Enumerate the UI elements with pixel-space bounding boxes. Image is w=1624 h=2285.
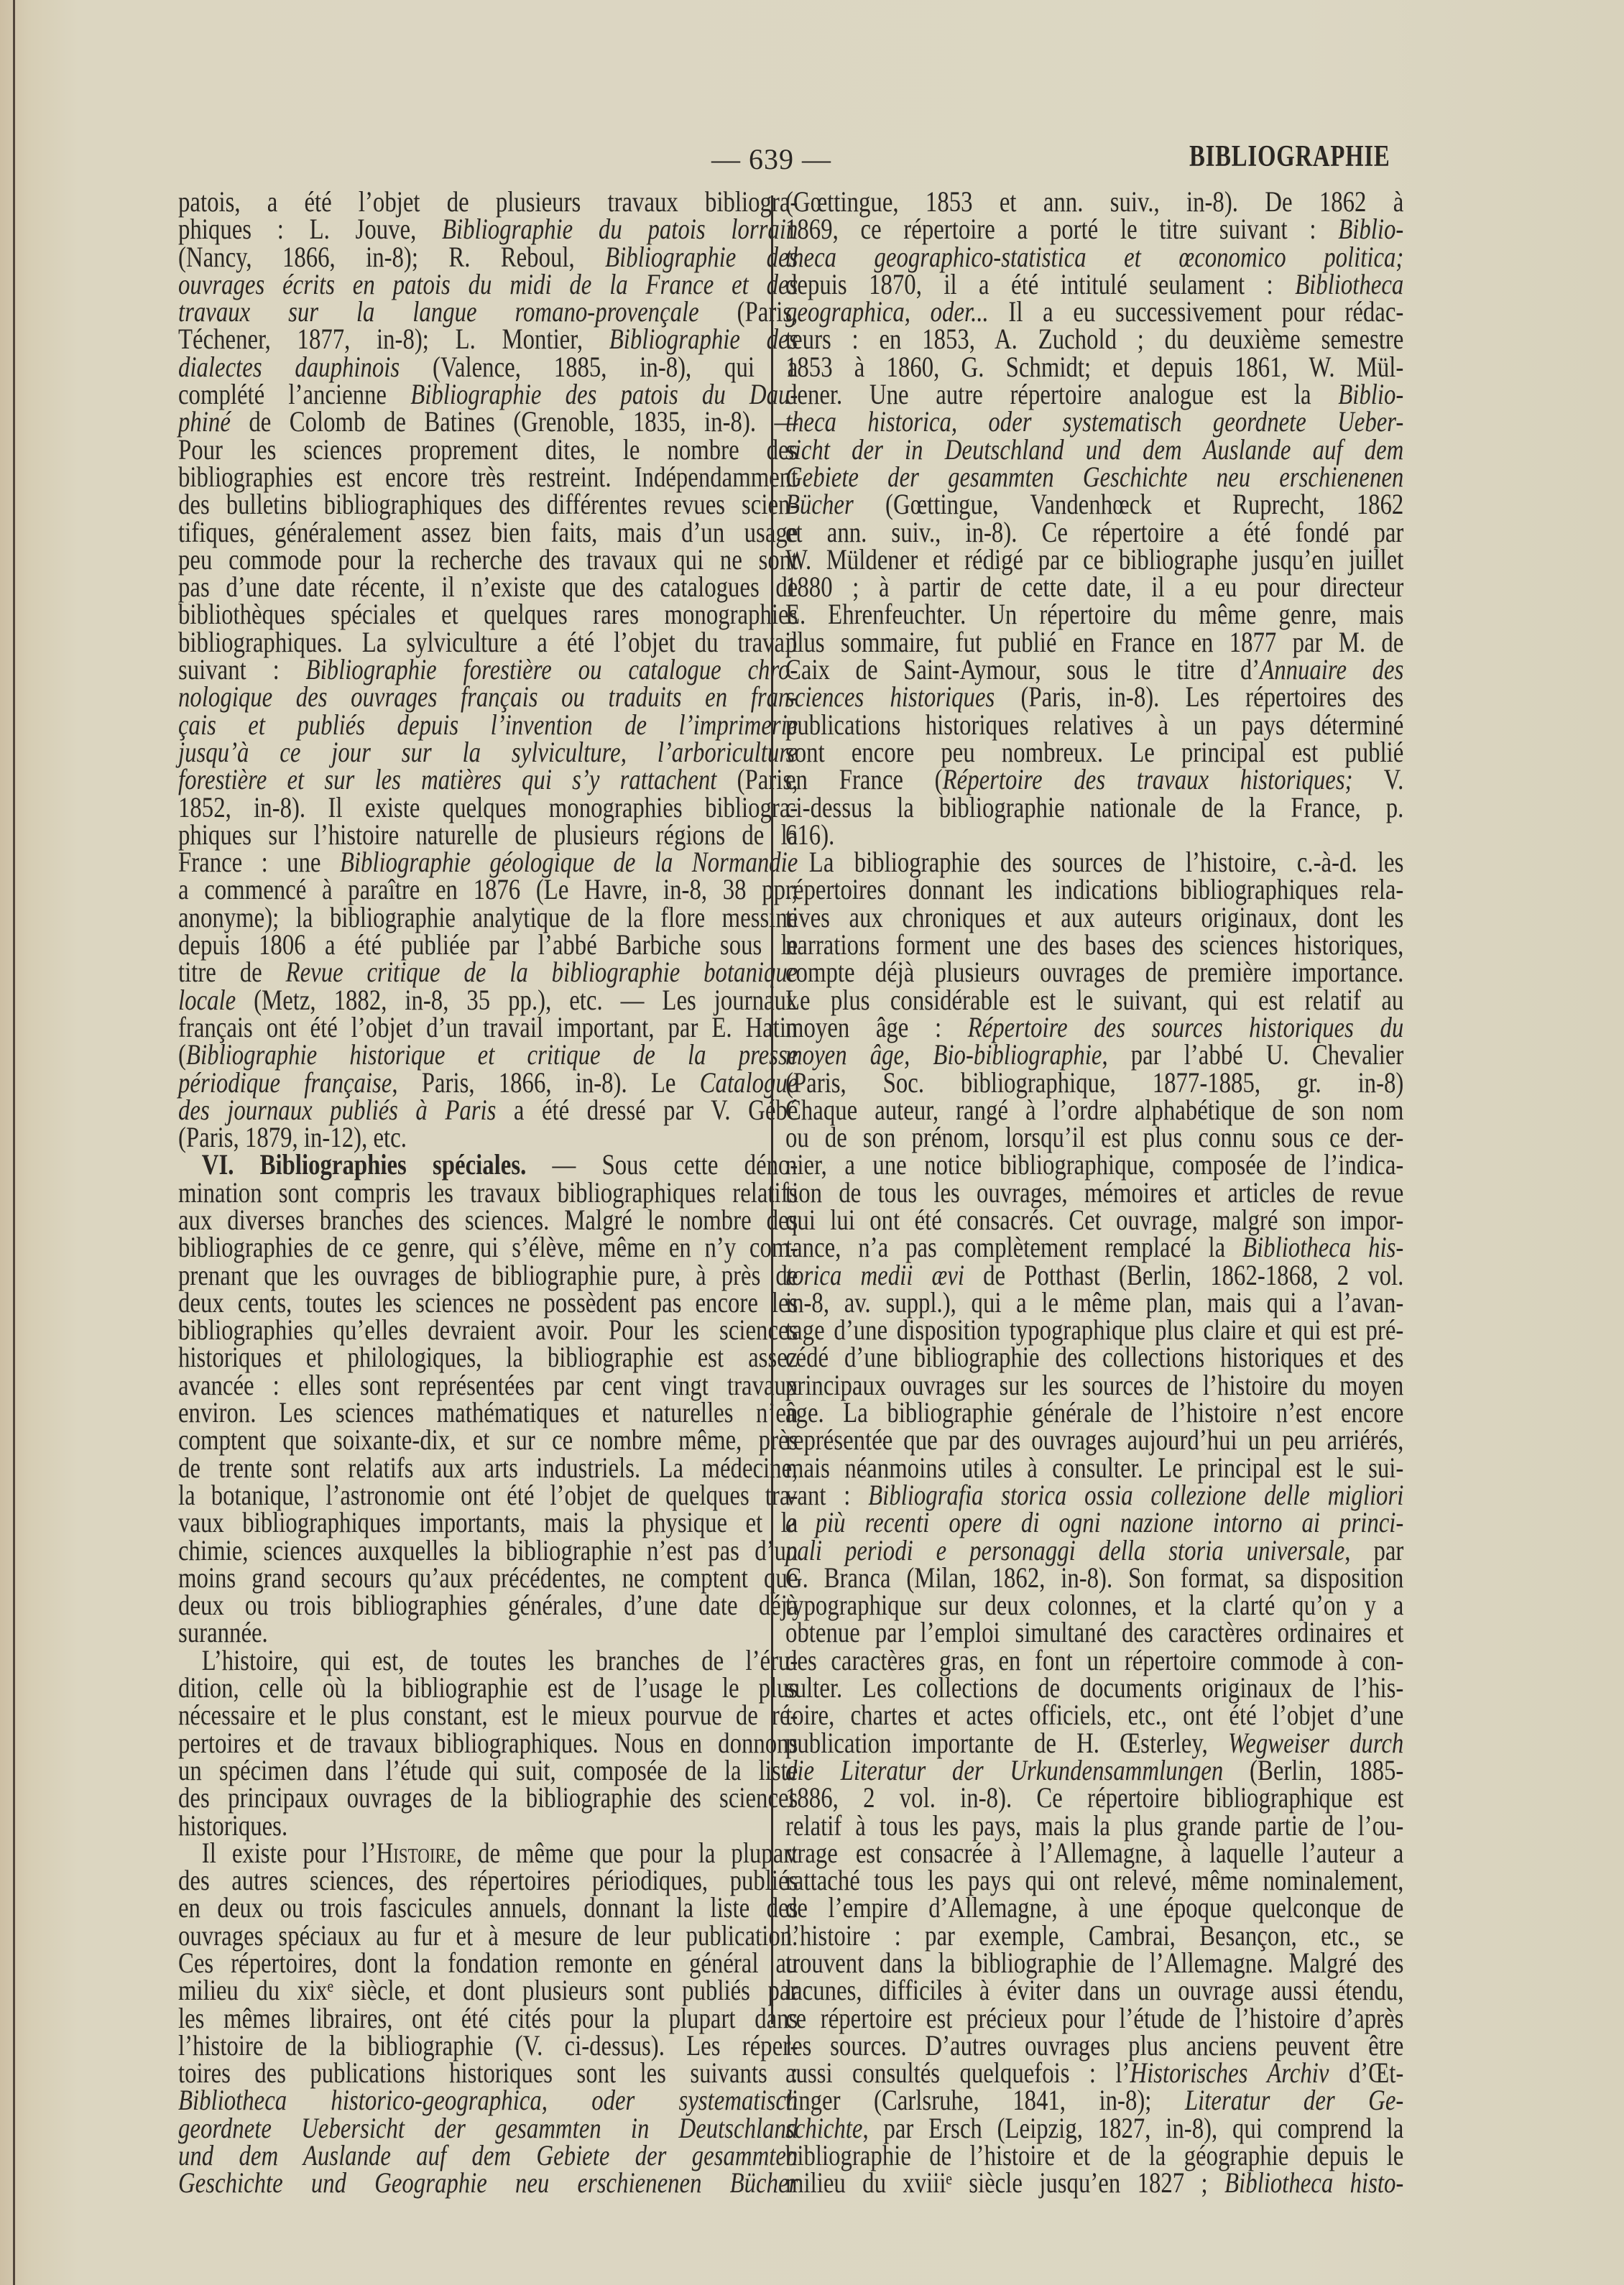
- text-line: vaux bibliographiques importants, mais l…: [178, 1509, 798, 1536]
- text-line: âge. La bibliographie générale de l’hist…: [785, 1399, 1403, 1426]
- text-line: nécessaire et le plus constant, est le m…: [178, 1702, 798, 1729]
- text-line: mais néanmoins utiles à consulter. Le pr…: [785, 1454, 1403, 1482]
- text-line: en deux ou trois fascicules annuels, don…: [178, 1894, 798, 1921]
- text-line: pertoires et de travaux bibliographiques…: [178, 1730, 798, 1757]
- text-line: plus sommaire, fut publié en France en 1…: [785, 629, 1403, 656]
- text-line: Geschichte und Geographie neu erschienen…: [178, 2169, 798, 2197]
- text-line: a commencé à paraître en 1876 (Le Havre,…: [178, 876, 798, 903]
- text-line: La bibliographie des sources de l’histoi…: [785, 849, 1403, 876]
- text-line: torica medii ævi de Potthast (Berlin, 18…: [785, 1262, 1403, 1289]
- left-column: patois, a été l’objet de plusieurs trava…: [178, 188, 798, 2197]
- text-line: Chaque auteur, rangé à l’ordre alphabéti…: [785, 1097, 1403, 1124]
- text-line: geordnete Uebersicht der gesammten in De…: [178, 2115, 798, 2142]
- text-line: relatif à tous les pays, mais la plus gr…: [785, 1812, 1403, 1839]
- text-line: des bulletins bibliographiques des diffé…: [178, 491, 798, 518]
- text-line: ouvrages écrits en patois du midi de la …: [178, 271, 798, 298]
- text-line: milieu du xviiiᵉ siècle jusqu’en 1827 ; …: [785, 2169, 1403, 2197]
- text-line: tage d’une disposition typographique plu…: [785, 1316, 1403, 1344]
- text-line: surannée.: [178, 1619, 798, 1646]
- text-line: représentée que par des ouvrages aujourd…: [785, 1426, 1403, 1454]
- text-line: compte déjà plusieurs ouvrages de premiè…: [785, 959, 1403, 986]
- text-line: W. Müldener et rédigé par ce bibliograph…: [785, 546, 1403, 573]
- text-span: milieu du xviiiᵉ siècle jusqu’en 1827 ;: [785, 2166, 1224, 2199]
- text-line: bibliographies qu’elles devraient avoir.…: [178, 1316, 798, 1344]
- text-line: obtenue par l’emploi simultané des carac…: [785, 1619, 1403, 1646]
- text-line: sont encore peu nombreux. Le principal e…: [785, 739, 1403, 766]
- text-line: qui lui ont été consacrés. Cet ouvrage, …: [785, 1206, 1403, 1234]
- text-span: deux ou trois bibliographies générales, …: [178, 1589, 798, 1621]
- text-line: Il existe pour l’Histoire, de même que p…: [178, 1839, 798, 1867]
- text-line: die Literatur der Urkundensammlungen (Be…: [785, 1757, 1403, 1784]
- text-line: pas d’une date récente, il n’existe que …: [178, 573, 798, 601]
- text-line: prenant que les ouvrages de bibliographi…: [178, 1262, 798, 1289]
- text-line: phiques : L. Jouve, Bibliographie du pat…: [178, 216, 798, 243]
- text-line: publications historiques relatives à un …: [785, 711, 1403, 739]
- text-line: Téchener, 1877, in-8); L. Montier, Bibli…: [178, 326, 798, 353]
- text-line: environ. Les sciences mathématiques et n…: [178, 1399, 798, 1426]
- italic-title: Geschichte und Geographie neu erschienen…: [178, 2166, 798, 2199]
- text-line: les mêmes libraires, ont été cités pour …: [178, 2005, 798, 2032]
- text-line: deux cents, toutes les sciences ne possè…: [178, 1289, 798, 1316]
- text-line: deux ou trois bibliographies générales, …: [178, 1592, 798, 1619]
- text-line: moyen âge : Répertoire des sources histo…: [785, 1014, 1403, 1041]
- text-line: e più recenti opere di ogni nazione into…: [785, 1509, 1403, 1536]
- text-line: cédé d’une bibliographie des collections…: [785, 1344, 1403, 1371]
- text-line: aux diverses branches des sciences. Malg…: [178, 1206, 798, 1234]
- text-line: tifiques, généralement assez bien faits,…: [178, 519, 798, 546]
- text-line: 1886, 2 vol. in-8). Ce répertoire biblio…: [785, 1784, 1403, 1811]
- text-line: Bibliotheca historico-geographica, oder …: [178, 2087, 798, 2114]
- text-line: patois, a été l’objet de plusieurs trava…: [178, 188, 798, 216]
- text-line: typographique sur deux colonnes, et la c…: [785, 1592, 1403, 1619]
- text-line: avancée : elles sont représentées par ce…: [178, 1372, 798, 1399]
- text-line: 616).: [785, 821, 1403, 849]
- text-line: sciences historiques (Paris, in-8). Les …: [785, 683, 1403, 711]
- text-line: toires des publications historiques sont…: [178, 2059, 798, 2087]
- text-line: des caractères gras, en font un répertoi…: [785, 1647, 1403, 1674]
- text-line: (Nancy, 1866, in-8); R. Reboul, Bibliogr…: [178, 244, 798, 271]
- text-span: a été dressé par V. Gébé: [496, 1094, 798, 1126]
- text-line: tance, n’a pas complètement remplacé la …: [785, 1234, 1403, 1261]
- text-line: L’histoire, qui est, de toutes les branc…: [178, 1647, 798, 1674]
- text-line: des journaux publiés à Paris a été dress…: [178, 1097, 798, 1124]
- text-line: des autres sciences, des répertoires pér…: [178, 1867, 798, 1894]
- text-line: schichte, par Ersch (Leipzig, 1827, in-8…: [785, 2115, 1403, 2142]
- text-line: bibliographies de ce genre, qui s’élève,…: [178, 1234, 798, 1261]
- text-line: und dem Auslande auf dem Gebiete der ges…: [178, 2142, 798, 2169]
- text-line: titre de Revue critique de la bibliograp…: [178, 959, 798, 986]
- text-line: français ont été l’objet d’un travail im…: [178, 1014, 798, 1041]
- text-line: lacunes, difficiles à éviter dans un ouv…: [785, 1977, 1403, 2004]
- text-line: publication importante de H. Œsterley, W…: [785, 1730, 1403, 1757]
- text-line: chimie, sciences auxquelles la bibliogra…: [178, 1537, 798, 1564]
- text-line: depuis 1806 a été publiée par l’abbé Bar…: [178, 931, 798, 959]
- text-line: theca geographico-statistica et œconomic…: [785, 244, 1403, 271]
- text-line: (Paris, 1879, in-12), etc.: [178, 1124, 798, 1151]
- text-line: in-8, av. suppl.), qui a le même plan, m…: [785, 1289, 1403, 1316]
- text-line: vant : Bibliografia storica ossia collez…: [785, 1482, 1403, 1509]
- text-line: tinger (Carlsruhe, 1841, in-8); Literatu…: [785, 2087, 1403, 2114]
- text-line: sulter. Les collections de documents ori…: [785, 1674, 1403, 1702]
- text-line: 1853 à 1860, G. Schmidt; et depuis 1861,…: [785, 354, 1403, 381]
- text-line: un spécimen dans l’étude qui suit, compo…: [178, 1757, 798, 1784]
- text-line: périodique française, Paris, 1866, in-8)…: [178, 1069, 798, 1097]
- text-line: en France (Répertoire des travaux histor…: [785, 766, 1403, 793]
- text-line: historiques.: [178, 1812, 798, 1839]
- text-line: ce répertoire est précieux pour l’étude …: [785, 2005, 1403, 2032]
- text-line: des principaux ouvrages de la bibliograp…: [178, 1784, 798, 1811]
- text-line: répertoires donnant les indications bibl…: [785, 876, 1403, 903]
- text-line: peu commode pour la recherche des travau…: [178, 546, 798, 573]
- text-line: phiné de Colomb de Batines (Grenoble, 18…: [178, 408, 798, 435]
- text-line: sicht der in Deutschland und dem Ausland…: [785, 436, 1403, 463]
- binding-edge: [13, 0, 15, 2285]
- text-line: nologique des ouvrages français ou tradu…: [178, 683, 798, 711]
- text-line: çais et publiés depuis l’invention de l’…: [178, 711, 798, 739]
- text-line: 1880 ; à partir de cette date, il a eu p…: [785, 573, 1403, 601]
- text-line: l’histoire de la bibliographie (V. ci-de…: [178, 2032, 798, 2059]
- text-line: narrations forment une des bases des sci…: [785, 931, 1403, 959]
- text-line: Ces répertoires, dont la fondation remon…: [178, 1949, 798, 1977]
- text-line: trouvent dans la bibliographie de l’Alle…: [785, 1949, 1403, 1977]
- text-line: vrage est consacrée à l’Allemagne, à laq…: [785, 1839, 1403, 1867]
- text-line: (Paris, Soc. bibliographique, 1877-1885,…: [785, 1069, 1403, 1097]
- text-line: mination sont compris les travaux biblio…: [178, 1179, 798, 1206]
- text-line: France : une Bibliographie géologique de…: [178, 849, 798, 876]
- text-line: dener. Une autre répertoire analogue est…: [785, 381, 1403, 408]
- text-line: anonyme); la bibliographie analytique de…: [178, 904, 798, 931]
- text-line: theca historica, oder systematisch geord…: [785, 408, 1403, 435]
- text-line: jusqu’à ce jour sur la sylviculture, l’a…: [178, 739, 798, 766]
- text-line: l’histoire : par exemple, Cambrai, Besan…: [785, 1922, 1403, 1949]
- text-line: Gebiete der gesammten Geschichte neu ers…: [785, 463, 1403, 491]
- text-line: (Gœttingue, 1853 et ann. suiv., in-8). D…: [785, 188, 1403, 216]
- text-line: Pour les sciences proprement dites, le n…: [178, 436, 798, 463]
- text-line: depuis 1870, il a été intitulé seulament…: [785, 271, 1403, 298]
- text-line: bibliographiques. La sylviculture a été …: [178, 629, 798, 656]
- text-line: et ann. suiv., in-8). Ce répertoire a ét…: [785, 519, 1403, 546]
- page-number: — 639 —: [711, 142, 831, 176]
- text-line: Bücher (Gœttingue, Vandenhœck et Ruprech…: [785, 491, 1403, 518]
- text-line: Caix de Saint-Aymour, sous le titre d’An…: [785, 656, 1403, 683]
- text-line: milieu du xixᵉ siècle, et dont plusieurs…: [178, 1977, 798, 2004]
- text-line: 1852, in-8). Il existe quelques monograp…: [178, 794, 798, 821]
- text-line: dition, celle où la bibliographie est de…: [178, 1674, 798, 1702]
- text-line: suivant : Bibliographie forestière ou ca…: [178, 656, 798, 683]
- text-line: 1869, ce répertoire a porté le titre sui…: [785, 216, 1403, 243]
- text-line: locale (Metz, 1882, in-8, 35 pp.), etc. …: [178, 987, 798, 1014]
- text-line: G. Branca (Milan, 1862, in-8). Son forma…: [785, 1564, 1403, 1592]
- text-line: de trente sont relatifs aux arts industr…: [178, 1454, 798, 1482]
- text-line: ouvrages spéciaux au fur et à mesure de …: [178, 1922, 798, 1949]
- text-span: ci-dessus la bibliographie nationale de …: [785, 791, 1403, 823]
- text-line: nier, a une notice bibliographique, comp…: [785, 1151, 1403, 1178]
- text-line: E. Ehrenfeuchter. Un répertoire du même …: [785, 601, 1403, 628]
- text-line: moyen âge, Bio-bibliographie, par l’abbé…: [785, 1041, 1403, 1068]
- text-line: moins grand secours qu’aux précédentes, …: [178, 1564, 798, 1592]
- text-line: ou de son prénom, lorsqu’il est plus con…: [785, 1124, 1403, 1151]
- text-line: geographica, oder... Il a eu successivem…: [785, 298, 1403, 326]
- text-line: ci-dessus la bibliographie nationale de …: [785, 794, 1403, 821]
- text-line: toire, chartes et actes officiels, etc.,…: [785, 1702, 1403, 1729]
- text-line: travaux sur la langue romano-provençale …: [178, 298, 798, 326]
- text-line: tion de tous les ouvrages, mémoires et a…: [785, 1179, 1403, 1206]
- text-line: bibliographie de l’histoire et de la géo…: [785, 2142, 1403, 2169]
- right-column: (Gœttingue, 1853 et ann. suiv., in-8). D…: [785, 188, 1403, 2197]
- text-line: phiques sur l’histoire naturelle de plus…: [178, 821, 798, 849]
- text-line: rattaché tous les pays qui ont relevé, m…: [785, 1867, 1403, 1894]
- text-line: principaux ouvrages sur les sources de l…: [785, 1372, 1403, 1399]
- text-line: la botanique, l’astronomie ont été l’obj…: [178, 1482, 798, 1509]
- page-header: — 639 — BIBLIOGRAPHIE: [0, 137, 1624, 180]
- text-line: dialectes dauphinois (Valence, 1885, in-…: [178, 354, 798, 381]
- text-line: teurs : en 1853, A. Zuchold ; du deuxièm…: [785, 326, 1403, 353]
- text-line: bibliographies est encore très restreint…: [178, 463, 798, 491]
- text-line: de l’empire d’Allemagne, à une époque qu…: [785, 1894, 1403, 1921]
- text-line: pali periodi e personaggi della storia u…: [785, 1537, 1403, 1564]
- text-line: comptent que soixante-dix, et sur ce nom…: [178, 1426, 798, 1454]
- text-line: tives aux chroniques et aux auteurs orig…: [785, 904, 1403, 931]
- text-line: historiques et philologiques, la bibliog…: [178, 1344, 798, 1371]
- running-head: BIBLIOGRAPHIE: [1189, 139, 1390, 174]
- text-line: Le plus considérable est le suivant, qui…: [785, 987, 1403, 1014]
- column-divider: [771, 195, 773, 2024]
- text-line: les sources. D’autres ouvrages plus anci…: [785, 2032, 1403, 2059]
- text-line: bibliothèques spéciales et quelques rare…: [178, 601, 798, 628]
- italic-title: Bibliotheca histo-: [1224, 2166, 1403, 2199]
- text-line: complété l’ancienne Bibliographie des pa…: [178, 381, 798, 408]
- text-line: aussi consultés quelquefois : l’Historis…: [785, 2059, 1403, 2087]
- text-line: forestière et sur les matières qui s’y r…: [178, 766, 798, 793]
- text-line: (Bibliographie historique et critique de…: [178, 1041, 798, 1068]
- text-line: VI. Bibliographies spéciales. — Sous cet…: [178, 1151, 798, 1178]
